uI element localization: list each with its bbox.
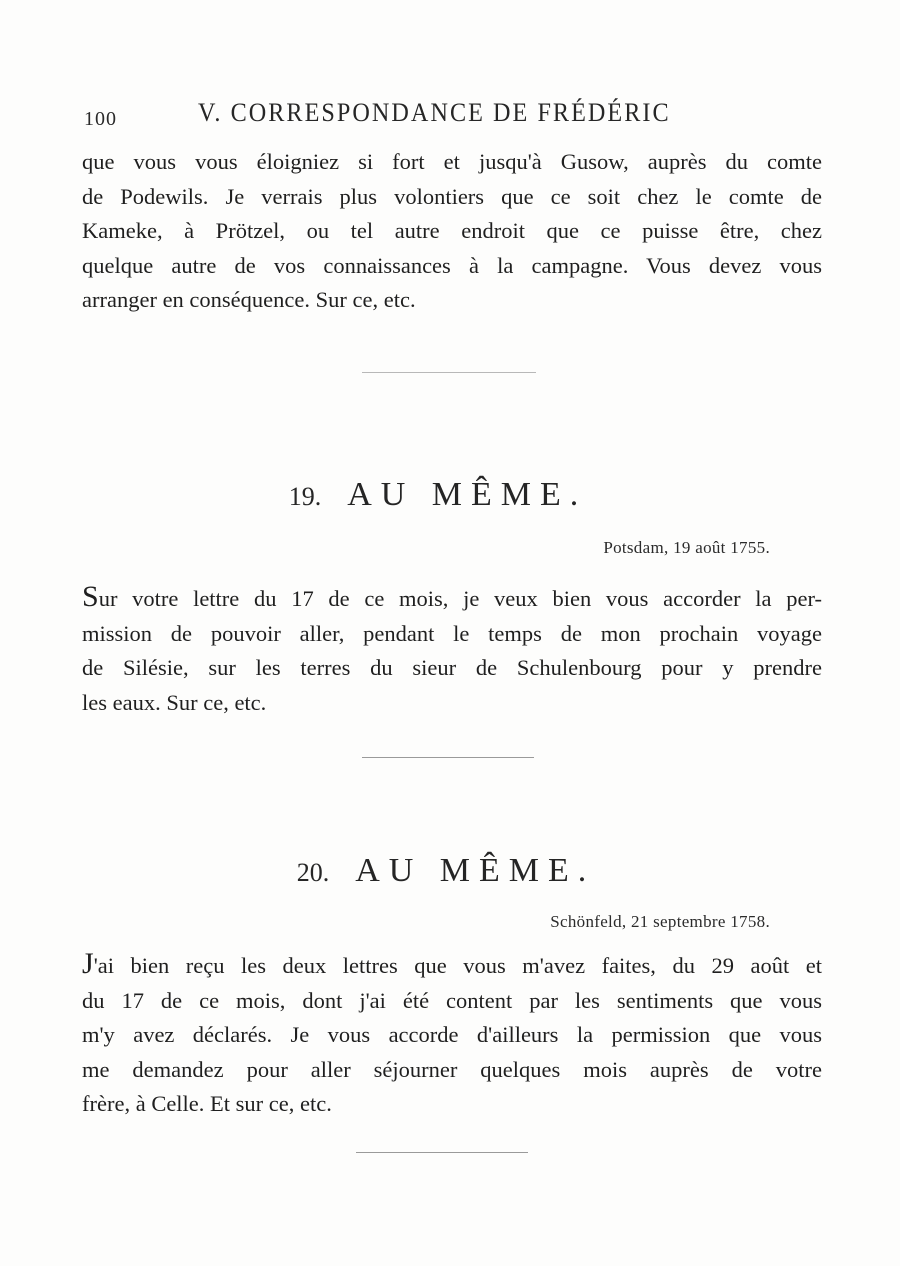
text-line: me demandez pour aller séjourner quelque…: [82, 1053, 822, 1088]
text-line: frère, à Celle. Et sur ce, etc.: [82, 1087, 822, 1122]
text-fragment: ur votre lettre du 17 de ce mois, je veu…: [99, 586, 822, 611]
text-line: du 17 de ce mois, dont j'ai été content …: [82, 984, 822, 1019]
letter-heading-19: 19.AU MÊME.: [0, 476, 888, 514]
letter-body-19: Sur votre lettre du 17 de ce mois, je ve…: [82, 582, 822, 720]
letter-title: AU MÊME.: [355, 852, 595, 889]
letter-heading-20: 20.AU MÊME.: [0, 852, 896, 890]
text-line: de Silésie, sur les terres du sieur de S…: [82, 651, 822, 686]
text-line: quelque autre de vos connaissances à la …: [82, 249, 822, 284]
dateline-19: Potsdam, 19 août 1755.: [603, 538, 770, 558]
letter-title: AU MÊME.: [347, 476, 587, 513]
continuation-paragraph: que vous vous éloigniez si fort et jusqu…: [82, 145, 822, 318]
letter-number: 20.: [297, 858, 330, 887]
drop-cap: S: [82, 580, 99, 613]
text-line: Kameke, à Prötzel, ou tel autre endroit …: [82, 214, 822, 249]
page-number: 100: [84, 108, 117, 131]
text-line: de Podewils. Je verrais plus volontiers …: [82, 180, 822, 215]
text-line: mission de pouvoir aller, pendant le tem…: [82, 617, 822, 652]
dateline-20: Schönfeld, 21 septembre 1758.: [550, 912, 770, 932]
drop-cap: J: [82, 947, 94, 980]
book-page: 100 V. CORRESPONDANCE DE FRÉDÉRIC que vo…: [0, 0, 900, 1266]
section-divider: [362, 757, 534, 758]
section-divider: [362, 372, 536, 373]
running-title: V. CORRESPONDANCE DE FRÉDÉRIC: [198, 98, 671, 128]
text-line: m'y avez déclarés. Je vous accorde d'ail…: [82, 1018, 822, 1053]
text-line: J'ai bien reçu les deux lettres que vous…: [82, 949, 822, 984]
text-line: arranger en conséquence. Sur ce, etc.: [82, 283, 822, 318]
section-divider: [356, 1152, 528, 1153]
text-line: que vous vous éloigniez si fort et jusqu…: [82, 145, 822, 180]
text-fragment: 'ai bien reçu les deux lettres que vous …: [94, 953, 822, 978]
text-line: Sur votre lettre du 17 de ce mois, je ve…: [82, 582, 822, 617]
text-line: les eaux. Sur ce, etc.: [82, 686, 822, 721]
letter-body-20: J'ai bien reçu les deux lettres que vous…: [82, 949, 822, 1122]
running-head: 100 V. CORRESPONDANCE DE FRÉDÉRIC: [84, 98, 824, 138]
letter-number: 19.: [289, 482, 322, 511]
